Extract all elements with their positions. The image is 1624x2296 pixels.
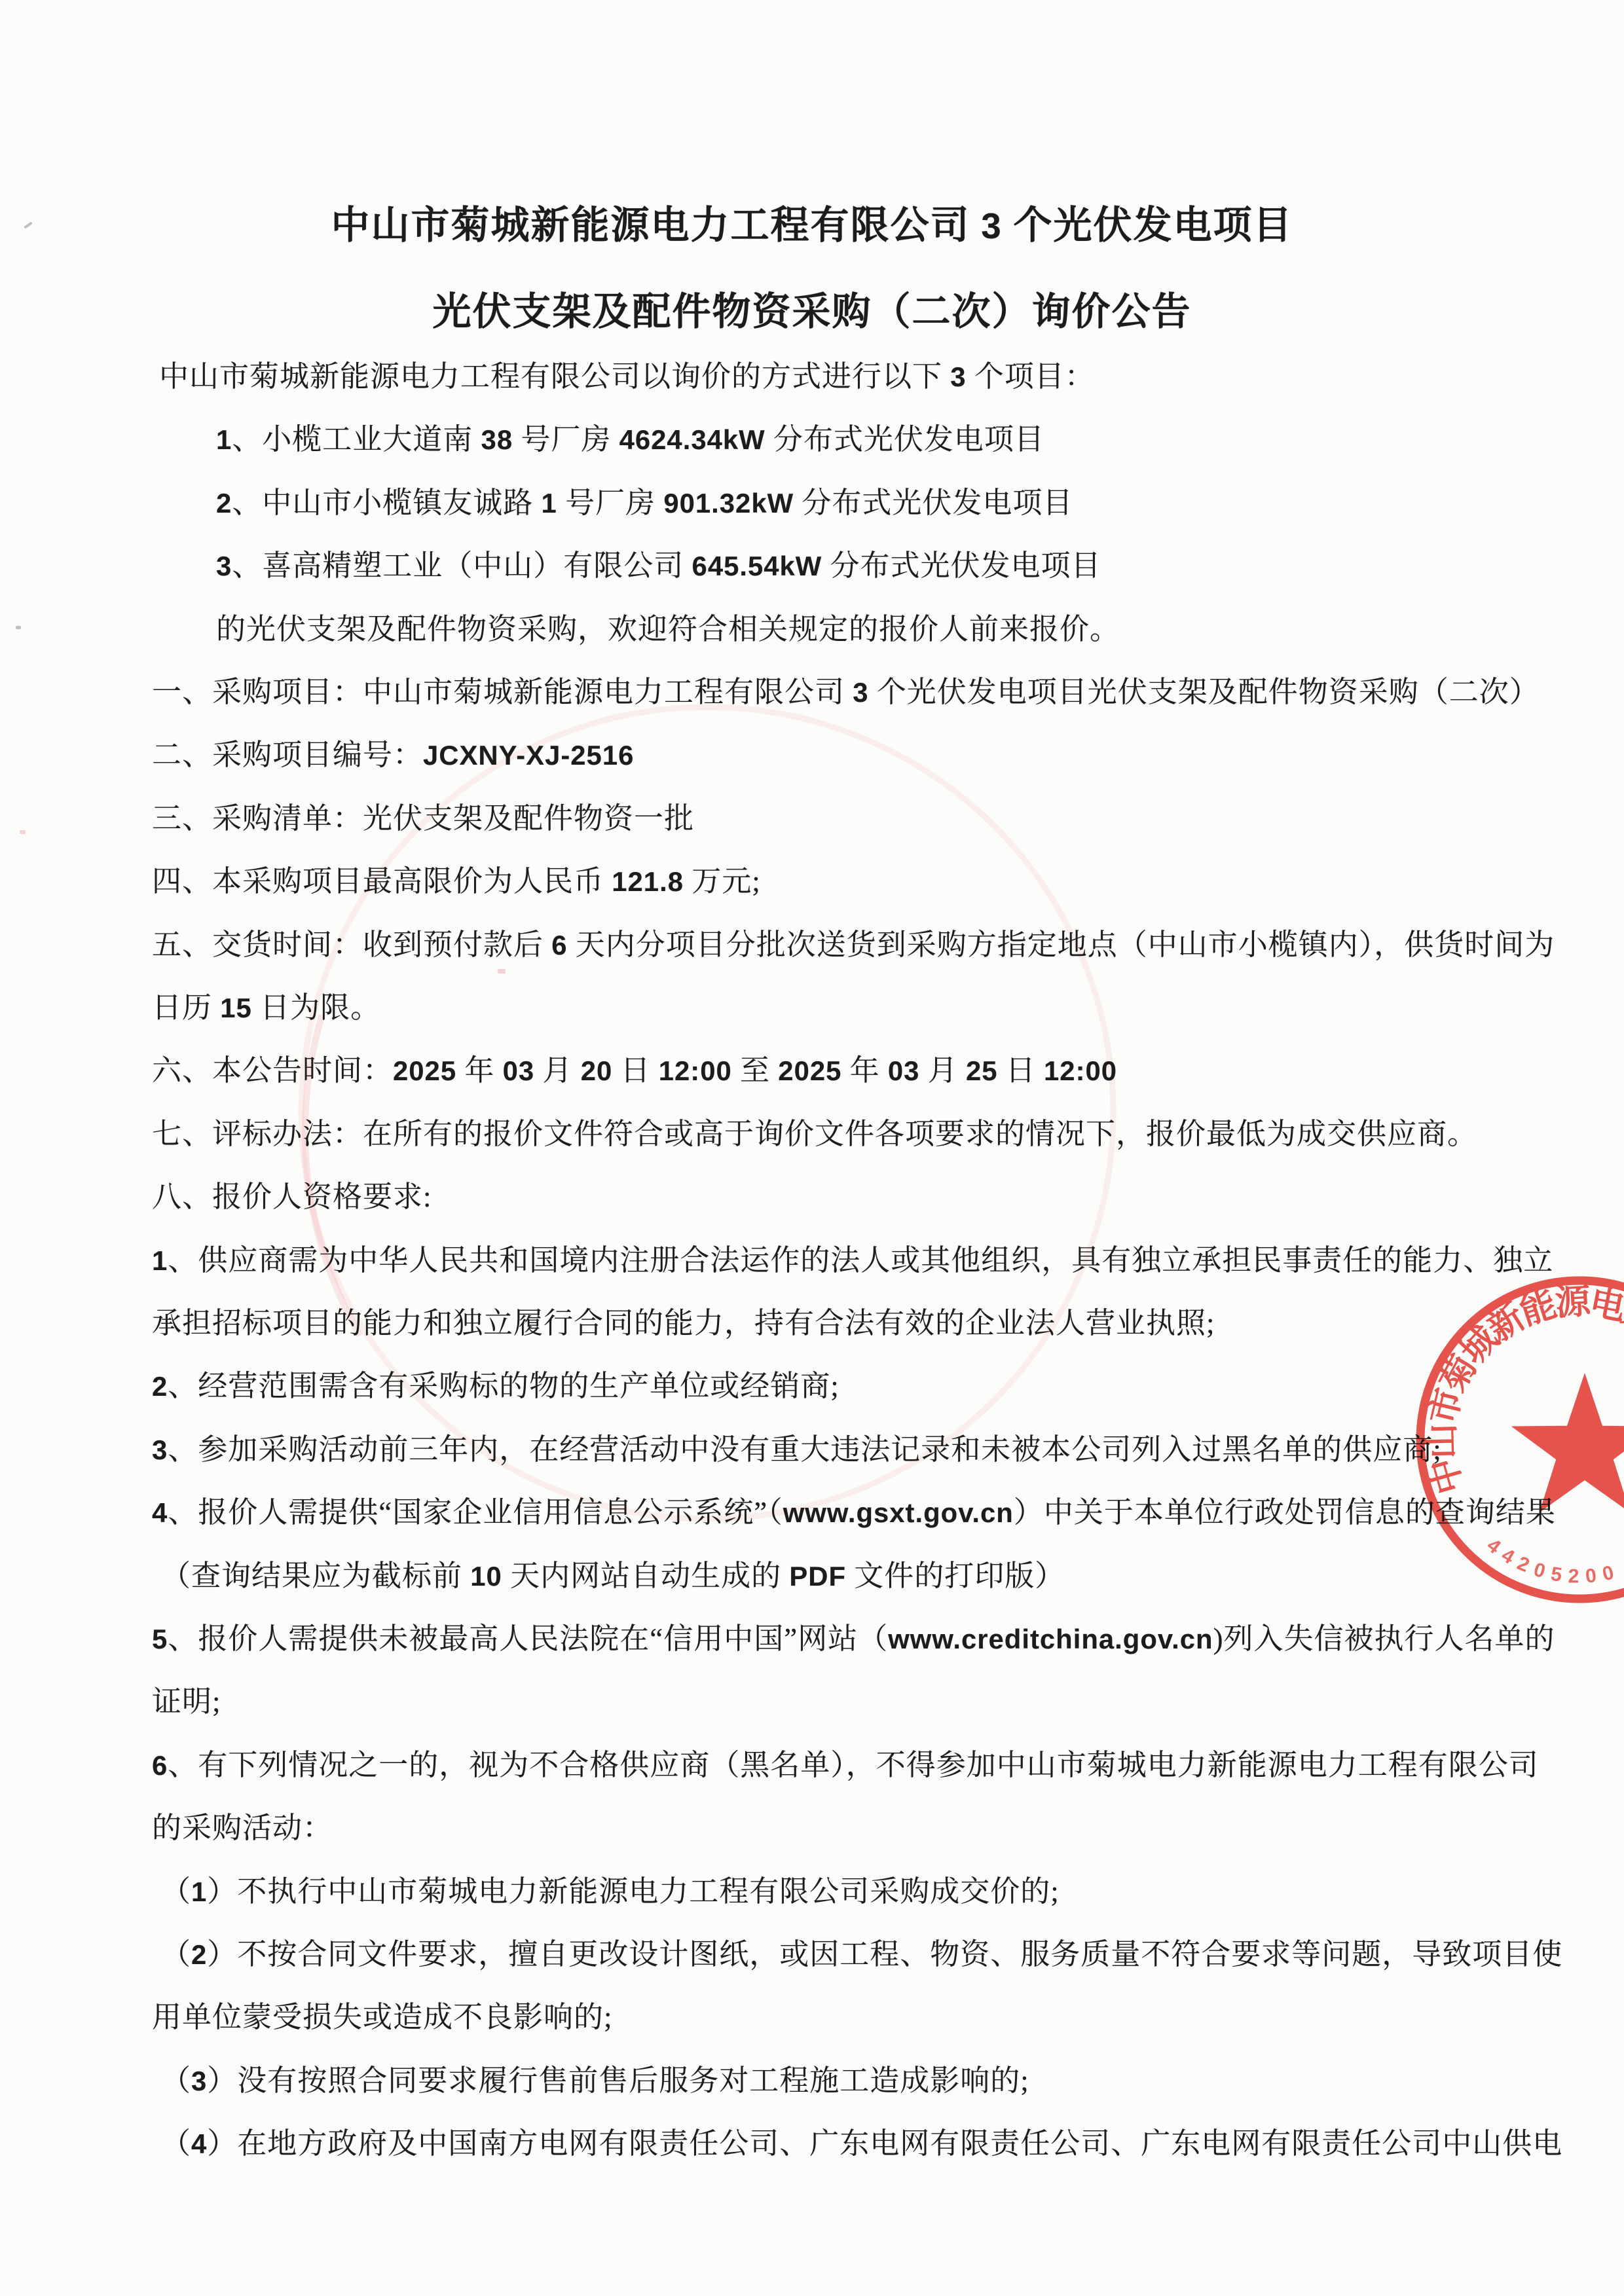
document-body: 中山市菊城新能源电力工程有限公司以询价的方式进行以下 3 个项目：1、小榄工业大…: [0, 0, 1624, 2296]
document-line: 证明;: [152, 1682, 221, 1721]
company-seal-stamp: 中山市菊城新能源电力工程有限公司 44205200: [1375, 1237, 1624, 1643]
document-line: 五、交货时间：收到预付款后 6 天内分项目分批次送货到采购方指定地点（中山市小榄…: [152, 925, 1555, 965]
document-line: 6、有下列情况之一的，视为不合格供应商（黑名单），不得参加中山市菊城电力新能源电…: [152, 1745, 1539, 1785]
document-line: 3、参加采购活动前三年内，在经营活动中没有重大违法记录和未被本公司列入过黑名单的…: [152, 1430, 1442, 1470]
document-line: 2、经营范围需含有采购标的物的生产单位或经销商;: [152, 1366, 840, 1406]
document-line: 5、报价人需提供未被最高人民法院在“信用中国”网站（www.creditchin…: [152, 1619, 1555, 1659]
document-line: 日历 15 日为限。: [152, 988, 380, 1028]
document-line: 3、喜高精塑工业（中山）有限公司 645.54kW 分布式光伏发电项目: [216, 546, 1101, 586]
document-line: （查询结果应为截标前 10 天内网站自动生成的 PDF 文件的打印版）: [161, 1556, 1065, 1596]
document-page: 中山市菊城新能源电力工程有限公司 3 个光伏发电项目 光伏支架及配件物资采购（二…: [0, 0, 1624, 2296]
document-line: 八、报价人资格要求:: [152, 1177, 432, 1216]
scan-artifact: [16, 626, 21, 629]
scan-artifact: [498, 969, 506, 974]
document-line: （3）没有按照合同要求履行售前售后服务对工程施工造成影响的;: [161, 2061, 1029, 2101]
document-line: 4、报价人需提供“国家企业信用信息公示系统”（www.gsxt.gov.cn）中…: [152, 1493, 1556, 1533]
document-line: 七、评标办法：在所有的报价文件符合或高于询价文件各项要求的情况下，报价最低为成交…: [152, 1114, 1477, 1154]
document-line: 1、小榄工业大道南 38 号厂房 4624.34kW 分布式光伏发电项目: [216, 420, 1044, 460]
document-line: 六、本公告时间：2025 年 03 月 20 日 12:00 至 2025 年 …: [152, 1051, 1117, 1091]
document-line: 承担招标项目的能力和独立履行合同的能力，持有合法有效的企业法人营业执照;: [152, 1303, 1215, 1343]
document-line: 二、采购项目编号：JCXNY-XJ-2516: [152, 735, 634, 775]
document-line: 用单位蒙受损失或造成不良影响的;: [152, 1997, 613, 2037]
document-line: （1）不执行中山市菊城电力新能源电力工程有限公司采购成交价的;: [161, 1872, 1060, 1912]
document-line: 中山市菊城新能源电力工程有限公司以询价的方式进行以下 3 个项目：: [159, 357, 1095, 397]
scan-artifact: [20, 830, 26, 834]
seal-star-icon: [1511, 1373, 1624, 1513]
document-line: （2）不按合同文件要求，擅自更改设计图纸，或因工程、物资、服务质量不符合要求等问…: [161, 1935, 1562, 1975]
document-line: 四、本采购项目最高限价为人民币 121.8 万元;: [152, 862, 761, 902]
document-line: 一、采购项目：中山市菊城新能源电力工程有限公司 3 个光伏发电项目光伏支架及配件…: [152, 672, 1540, 712]
document-line: 的光伏支架及配件物资采购，欢迎符合相关规定的报价人前来报价。: [216, 610, 1120, 649]
document-line: （4）在地方政府及中国南方电网有限责任公司、广东电网有限责任公司、广东电网有限责…: [161, 2124, 1562, 2164]
document-line: 2、中山市小榄镇友诚路 1 号厂房 901.32kW 分布式光伏发电项目: [216, 483, 1073, 523]
document-line: 1、供应商需为中华人民共和国境内注册合法运作的法人或其他组织，具有独立承担民事责…: [152, 1241, 1553, 1281]
document-line: 三、采购清单：光伏支架及配件物资一批: [152, 799, 694, 838]
document-line: 的采购活动：: [152, 1808, 333, 1848]
